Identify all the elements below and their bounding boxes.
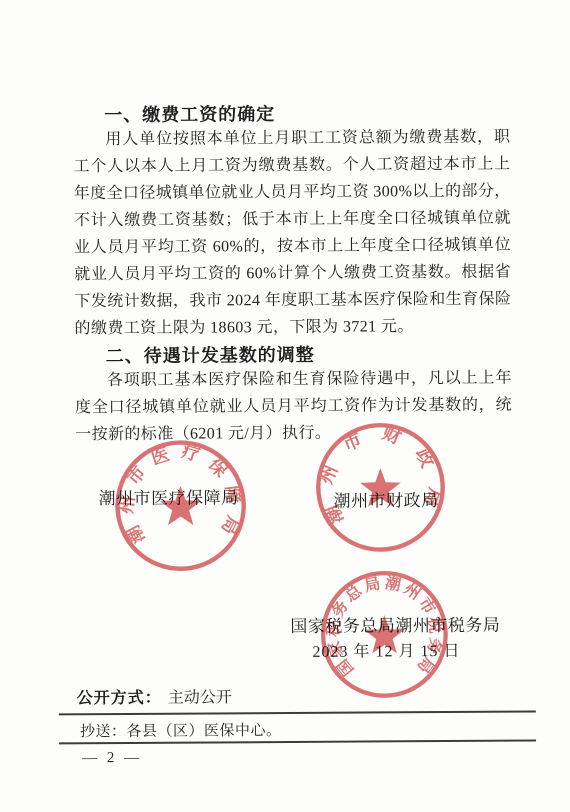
section-2-heading: 二、待遇计发基数的调整 [75, 340, 511, 369]
official-seal-tax-bureau-icon: 国家税务总局潮州市税务局 [317, 567, 452, 702]
official-seal-medical-bureau-icon: 潮州市医疗保障局 [111, 436, 250, 575]
official-seal-finance-bureau-icon: 潮州市财政局 [312, 419, 449, 556]
scanned-document-page: 一、缴费工资的确定 用人单位按照本单位上月职工工资总额为缴费基数，职工个人以本人… [0, 0, 570, 812]
footer-divider-top [59, 710, 536, 715]
seal-star-icon [364, 615, 404, 653]
disclosure-method-line: 公开方式：主动公开 [77, 684, 232, 708]
seal-star-icon [160, 486, 201, 525]
disclosure-method-value: 主动公开 [168, 689, 232, 706]
cc-line: 抄送：各县（区）医保中心。 [80, 719, 282, 741]
section-1-paragraph: 用人单位按照本单位上月职工工资总额为缴费基数，职工个人以本人上月工资为缴费基数。… [73, 124, 511, 343]
page-number: — 2 — [82, 750, 142, 767]
disclosure-method-label: 公开方式： [77, 690, 162, 708]
section-1-heading: 一、缴费工资的确定 [73, 99, 509, 128]
seal-star-icon [360, 468, 401, 507]
document-content: 一、缴费工资的确定 用人单位按照本单位上月职工工资总额为缴费基数，职工个人以本人… [0, 0, 570, 812]
